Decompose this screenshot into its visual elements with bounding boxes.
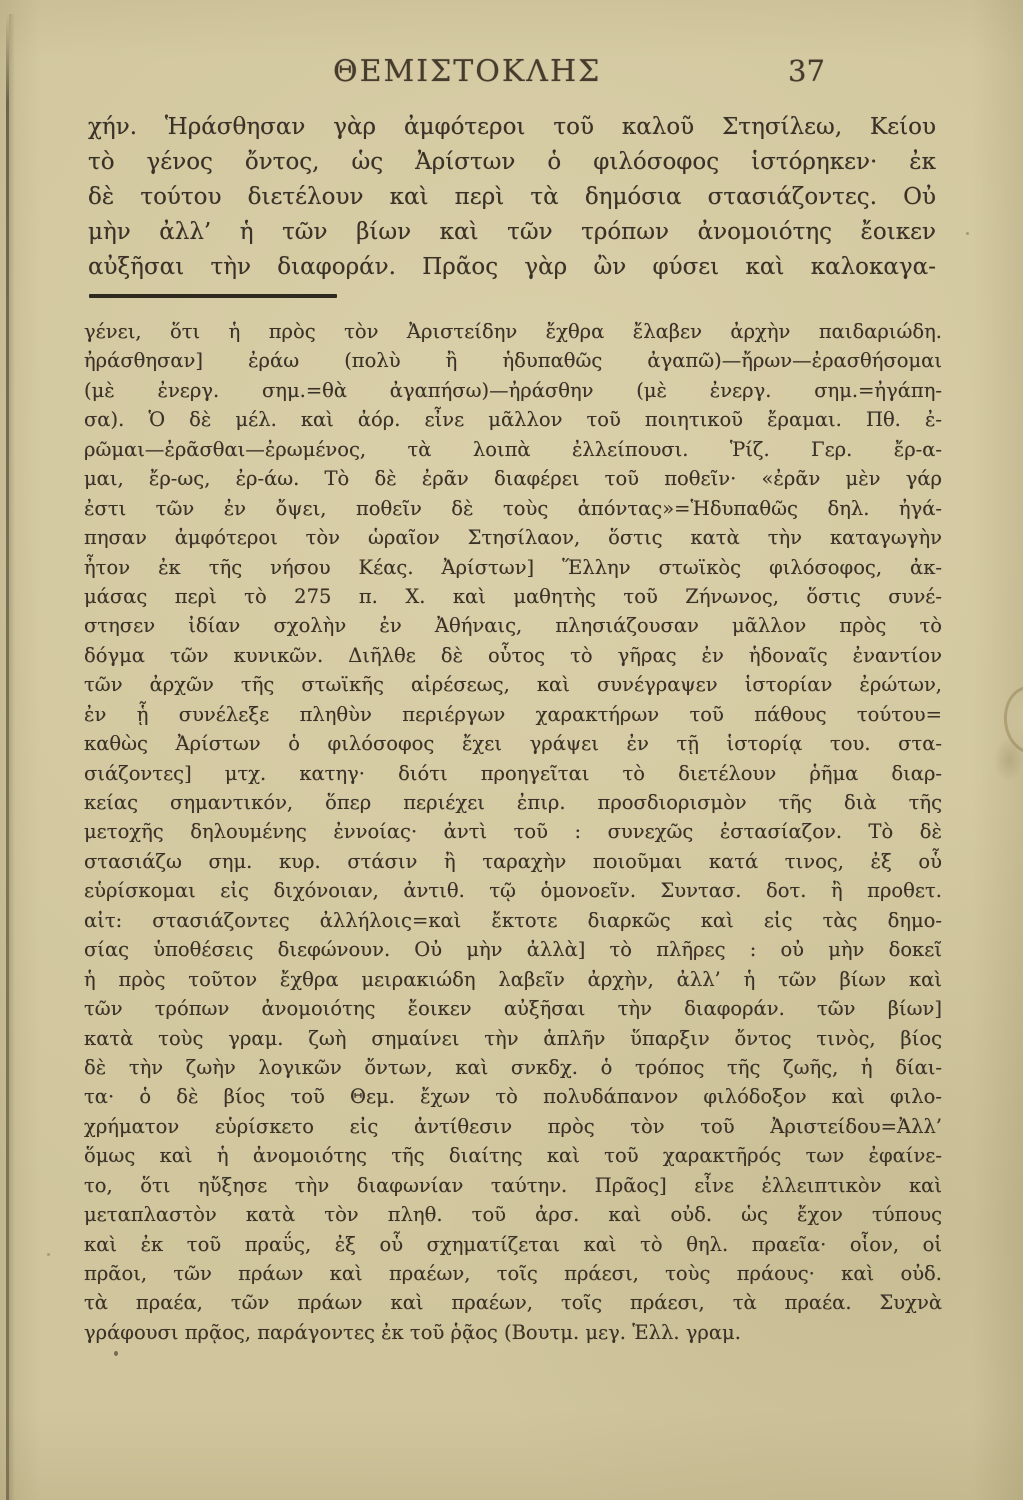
book-page: ΘΕΜΙΣΤΟΚΛΗΣ 37 χήν. Ἡράσθησαν γὰρ ἀμφότε… — [0, 0, 1023, 1500]
commentary-line: χρήματον εὑρίσκετο εἰς ἀντίθεσιν πρὸς τὸ… — [84, 1112, 942, 1141]
commentary-line: σα). Ὁ δὲ μέλ. καὶ ἀόρ. εἶνε μᾶλλον τοῦ … — [84, 405, 942, 434]
footnote-separator-rule — [89, 294, 337, 298]
commentary-block: γένει, ὅτι ἡ πρὸς τὸν Ἀριστείδην ἔχθρα ἔ… — [84, 317, 942, 1347]
commentary-line: γένει, ὅτι ἡ πρὸς τὸν Ἀριστείδην ἔχθρα ἔ… — [84, 317, 942, 346]
commentary-line: ἡ πρὸς τοῦτον ἔχθρα μειρακιώδη λαβεῖν ἀρ… — [84, 965, 942, 994]
commentary-line: σιάζοντες] μτχ. κατηγ· διότι προηγεῖται … — [84, 759, 942, 788]
commentary-line: ἦτον ἐκ τῆς νήσου Κέας. Ἀρίστων] Ἕλλην σ… — [84, 553, 942, 582]
commentary-line: ἠράσθησαν] ἐράω (πολὺ ἢ ἡδυπαθῶς ἀγαπῶ)—… — [84, 346, 942, 375]
main-text-line: αὐξῆσαι τὴν διαφοράν. Πρᾶος γὰρ ὢν φύσει… — [88, 250, 936, 285]
main-text-line: τὸ γένος ὄντος, ὡς Ἀρίστων ὁ φιλόσοφος ἱ… — [88, 145, 936, 180]
commentary-line: πρᾶοι, τῶν πράων καὶ πραέων, τοῖς πράεσι… — [84, 1259, 942, 1288]
commentary-line: εὑρίσκομαι εἰς διχόνοιαν, ἀντιθ. τῷ ὁμον… — [84, 876, 942, 905]
commentary-line: καὶ ἐκ τοῦ πραΰς, ἐξ οὗ σχηματίζεται καὶ… — [84, 1230, 942, 1259]
paper-speck — [47, 1253, 50, 1256]
main-text-line: δὲ τούτου διετέλουν καὶ περὶ τὰ δημόσια … — [88, 180, 936, 215]
commentary-line: τα· ὁ δὲ βίος τοῦ Θεμ. ἔχων τὸ πολυδάπαν… — [84, 1082, 942, 1111]
commentary-line: δόγμα τῶν κυνικῶν. Διῆλθε δὲ οὗτος τὸ γῆ… — [84, 641, 942, 670]
commentary-line: σίας ὑποθέσεις διεφώνουν. Οὐ μὴν ἀλλὰ] τ… — [84, 935, 942, 964]
commentary-line: δὲ τὴν ζωὴν λογικῶν ὄντων, καὶ σνκδχ. ὁ … — [84, 1053, 942, 1082]
paper-speck — [114, 1351, 118, 1356]
commentary-line: ἐν ᾗ συνέλεξε πληθὺν περιέργων χαρακτήρω… — [84, 700, 942, 729]
commentary-line: τῶν τρόπων ἀνομοιότης ἔοικεν αὐξῆσαι τὴν… — [84, 994, 942, 1023]
main-text-block: χήν. Ἡράσθησαν γὰρ ἀμφότεροι τοῦ καλοῦ Σ… — [88, 110, 936, 285]
commentary-line: τῶν ἀρχῶν τῆς στωϊκῆς αἱρέσεως, καὶ συνέ… — [84, 670, 942, 699]
commentary-line: κατὰ τοὺς γραμ. ζωὴ σημαίνει τὴν ἁπλῆν ὕ… — [84, 1024, 942, 1053]
commentary-line: μετοχῆς δηλουμένης ἐννοίας· ἀντὶ τοῦ : σ… — [84, 817, 942, 846]
commentary-line: (μὲ ἐνεργ. σημ.=θὰ ἀγαπήσω)—ἠράσθην (μὲ … — [84, 376, 942, 405]
commentary-line: μάσας περὶ τὸ 275 π. Χ. καὶ μαθητὴς τοῦ … — [84, 582, 942, 611]
page-left-edge-shadow — [9, 14, 15, 1500]
commentary-line: καθὼς Ἀρίστων ὁ φιλόσοφος ἔχει γράψει ἐν… — [84, 729, 942, 758]
commentary-line: μαι, ἔρ-ως, ἐρ-άω. Τὸ δὲ ἐρᾶν διαφέρει τ… — [84, 464, 942, 493]
main-text-line: χήν. Ἡράσθησαν γὰρ ἀμφότεροι τοῦ καλοῦ Σ… — [88, 110, 936, 145]
commentary-line: κείας σημαντικόν, ὅπερ περιέχει ἐπιρ. πρ… — [84, 788, 942, 817]
paper-blemish-smudge — [994, 738, 1023, 782]
running-header-title: ΘΕΜΙΣΤΟΚΛΗΣ — [333, 54, 601, 89]
commentary-line: ὅμως καὶ ἡ ἀνομοιότης τῆς διαίτης καὶ το… — [84, 1141, 942, 1170]
commentary-line: γράφουσι πρᾷος, παράγοντες ἐκ τοῦ ῥᾷος (… — [84, 1318, 942, 1347]
main-text-line: μὴν ἀλλ’ ἡ τῶν βίων καὶ τῶν τρόπων ἀνομο… — [88, 215, 936, 250]
commentary-line: στασιάζω σημ. κυρ. στάσιν ἢ ταραχὴν ποιο… — [84, 847, 942, 876]
commentary-line: ἐστι τῶν ἐν ὄψει, ποθεῖν δὲ τοὺς ἀπόντας… — [84, 494, 942, 523]
commentary-line: ρῶμαι—ἐρᾶσθαι—ἐρωμένος, τὰ λοιπὰ ἐλλείπο… — [84, 435, 942, 464]
commentary-line: αἰτ: στασιάζοντες ἀλλήλοις=καὶ ἔκτοτε δι… — [84, 906, 942, 935]
commentary-line: μεταπλαστὸν κατὰ τὸν πληθ. τοῦ ἀρσ. καὶ … — [84, 1200, 942, 1229]
commentary-line: τὰ πραέα, τῶν πράων καὶ πραέων, τοῖς πρά… — [84, 1288, 942, 1317]
paper-speck — [966, 232, 969, 235]
commentary-line: το, ὅτι ηὔξησε τὴν διαφωνίαν ταύτην. Πρᾶ… — [84, 1171, 942, 1200]
commentary-line: πησαν ἀμφότεροι τὸν ὡραῖον Στησίλαον, ὅσ… — [84, 523, 942, 552]
page-number: 37 — [788, 54, 825, 88]
commentary-line: στησεν ἰδίαν σχολὴν ἐν Ἀθήναις, πλησιάζο… — [84, 611, 942, 640]
